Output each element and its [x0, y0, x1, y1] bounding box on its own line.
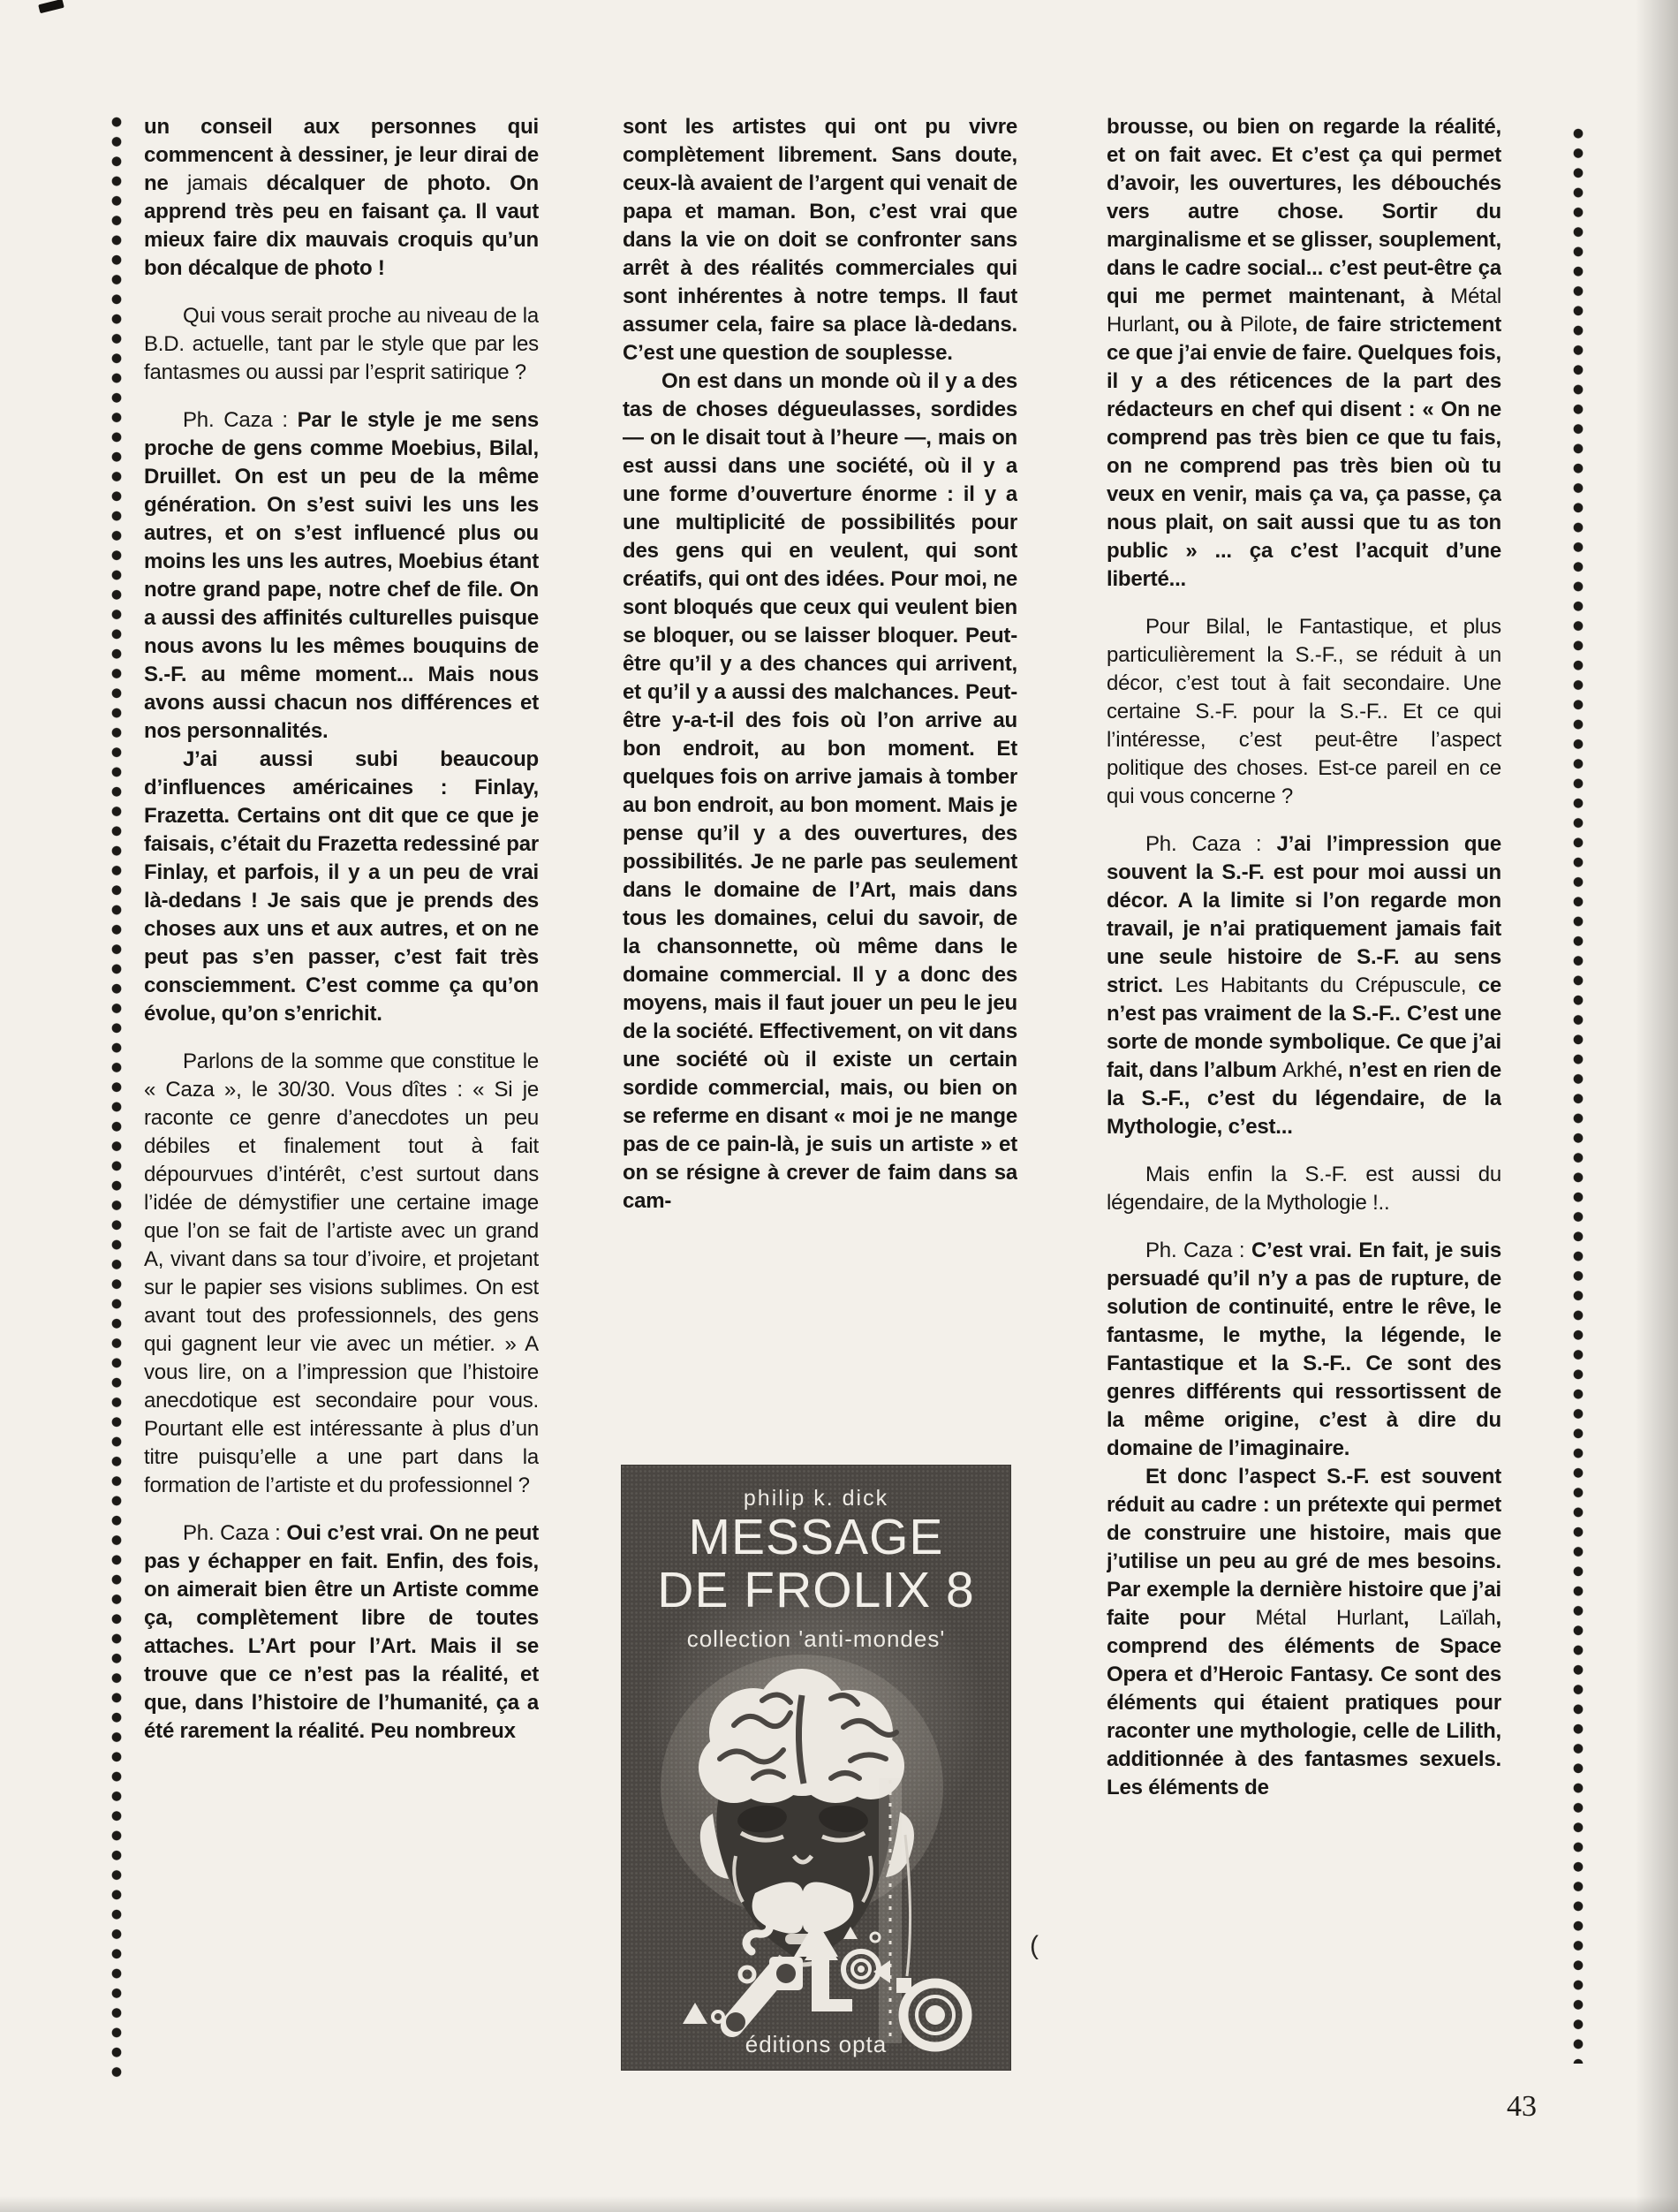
paragraph: Ph. Caza : Oui c’est vrai. On ne peut pa… — [144, 1519, 539, 1746]
question-or-name-text: Qui vous serait proche au niveau de la B… — [144, 304, 539, 384]
question-or-name-text: Mais enfin la S.-F. est aussi du légenda… — [1107, 1163, 1501, 1215]
text-column-3: brousse, ou bien on regarde la réalité, … — [1107, 113, 1501, 2079]
answer-text: , de faire strictement ce que j’ai envie… — [1107, 313, 1501, 591]
paragraph: Ph. Caza : Par le style je me sens proch… — [144, 406, 539, 746]
answer-text: C’est vrai. En fait, je suis persuadé qu… — [1107, 1239, 1501, 1460]
scan-edge-bottom — [0, 2196, 1678, 2212]
answer-text: Oui c’est vrai. On ne peut pas y échappe… — [144, 1521, 539, 1743]
question-or-name-text: jamais — [187, 171, 247, 195]
magazine-page: un conseil aux personnes qui commencent … — [0, 0, 1678, 2212]
paragraph: On est dans un monde où il y a des tas d… — [623, 367, 1017, 1216]
book-title: MESSAGE DE FROLIX 8 — [621, 1511, 1011, 1617]
dotted-border-right — [1573, 124, 1584, 2064]
book-title-line2: DE FROLIX 8 — [621, 1564, 1011, 1617]
question-or-name-text: Métal Hurlant — [1256, 1606, 1404, 1630]
answer-text: , ou à — [1174, 313, 1240, 337]
answer-text: , — [1403, 1606, 1439, 1630]
paragraph: sont les artistes qui ont pu vivre compl… — [623, 113, 1017, 367]
paragraph: J’ai aussi subi beaucoup d’influences am… — [144, 746, 539, 1028]
paragraph: Qui vous serait proche au niveau de la B… — [144, 302, 539, 387]
scan-edge-right — [1636, 0, 1678, 2212]
paragraph: Et donc l’aspect S.-F. est souvent rédui… — [1107, 1463, 1501, 1802]
answer-text: , comprend des éléments de Space Opera e… — [1107, 1606, 1501, 1799]
text-column-2: sont les artistes qui ont pu vivre compl… — [623, 113, 1017, 1456]
paragraph: Pour Bilal, le Fantastique, et plus part… — [1107, 613, 1501, 811]
answer-text: Par le style je me sens proche de gens c… — [144, 408, 539, 743]
answer-text: sont les artistes qui ont pu vivre compl… — [623, 115, 1017, 365]
book-cover: philip k. dick MESSAGE DE FROLIX 8 colle… — [621, 1465, 1011, 2071]
scan-artifact — [38, 0, 64, 13]
answer-text: brousse, ou bien on regarde la réalité, … — [1107, 115, 1501, 308]
question-or-name-text: Les Habitants du Crépuscule, — [1175, 973, 1478, 997]
paragraph: brousse, ou bien on regarde la réalité, … — [1107, 113, 1501, 594]
paragraph: Ph. Caza : C’est vrai. En fait, je suis … — [1107, 1237, 1501, 1463]
geometric-shapes — [683, 1918, 967, 2047]
question-or-name-text: Pour Bilal, le Fantastique, et plus part… — [1107, 615, 1501, 808]
question-or-name-text: Ph. Caza : — [183, 1521, 286, 1545]
brain-head-illustration — [621, 1646, 1011, 2057]
book-author: philip k. dick — [621, 1486, 1011, 1511]
question-or-name-text: Parlons de la somme que constitue le « C… — [144, 1049, 539, 1497]
book-publisher: éditions opta — [621, 2031, 1011, 2058]
question-or-name-text: Laïlah — [1439, 1606, 1495, 1630]
paragraph: un conseil aux personnes qui commencent … — [144, 113, 539, 283]
paragraph: Ph. Caza : J’ai l’impression que souvent… — [1107, 830, 1501, 1141]
question-or-name-text: Ph. Caza : — [1145, 832, 1276, 856]
book-title-line1: MESSAGE — [621, 1511, 1011, 1564]
question-or-name-text: Arkhé — [1282, 1058, 1337, 1082]
scan-mark: ( — [1030, 1931, 1039, 1961]
answer-text: J’ai aussi subi beaucoup d’influences am… — [144, 747, 539, 1026]
answer-text: J’ai l’impression que souvent la S.-F. e… — [1107, 832, 1501, 997]
answer-text: On est dans un monde où il y a des tas d… — [623, 369, 1017, 1213]
page-number: 43 — [1507, 2090, 1537, 2124]
text-column-1: un conseil aux personnes qui commencent … — [144, 113, 539, 2092]
answer-text: Et donc l’aspect S.-F. est souvent rédui… — [1107, 1465, 1501, 1630]
paragraph: Mais enfin la S.-F. est aussi du légenda… — [1107, 1161, 1501, 1217]
paragraph: Parlons de la somme que constitue le « C… — [144, 1048, 539, 1500]
question-or-name-text: Ph. Caza : — [1145, 1239, 1251, 1262]
question-or-name-text: Pilote — [1240, 313, 1292, 337]
question-or-name-text: Ph. Caza : — [183, 408, 298, 432]
dotted-border-left — [111, 112, 122, 2079]
